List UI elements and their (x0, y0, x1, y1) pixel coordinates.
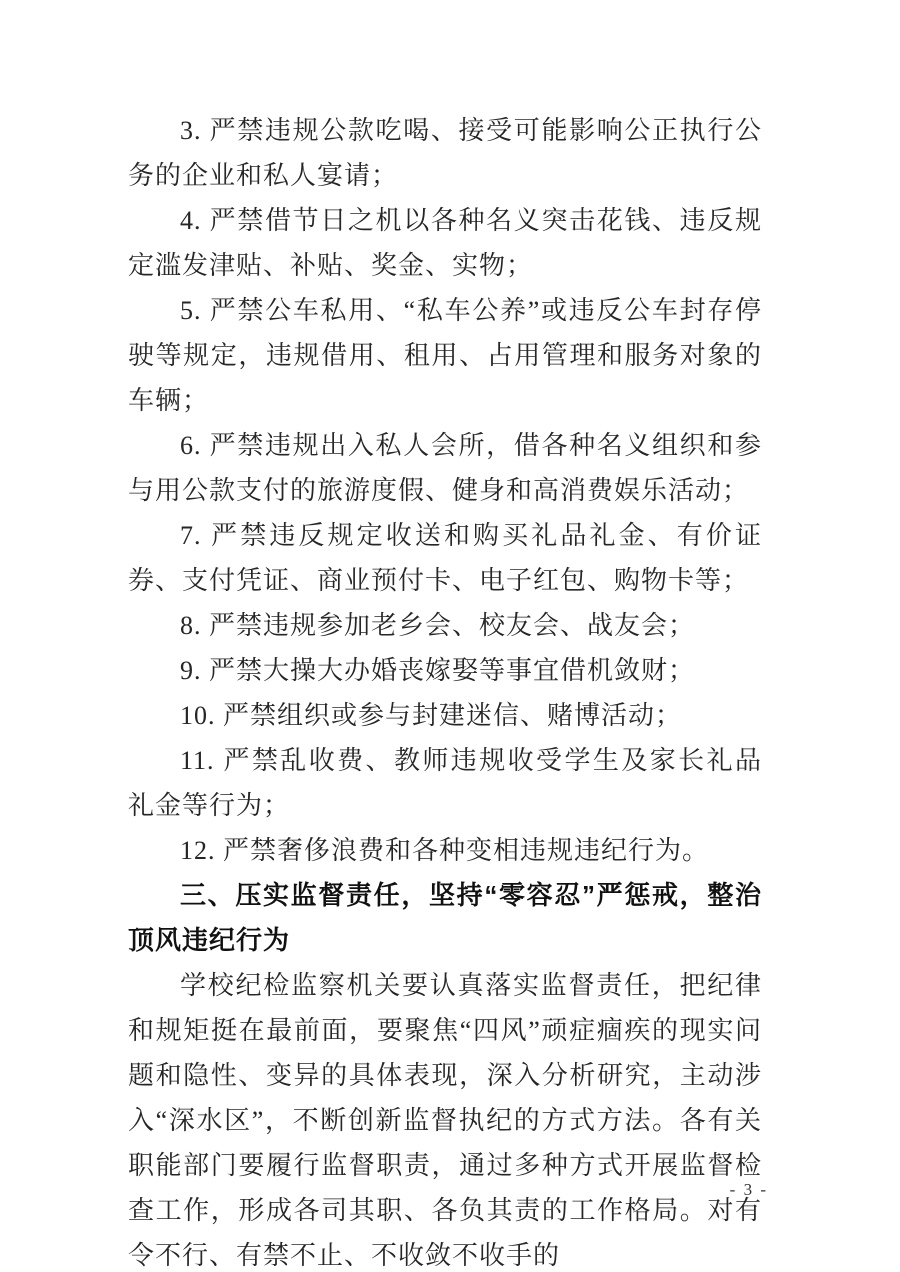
list-item-5: 5. 严禁公车私用、“私车公养”或违反公车封存停驶等规定，违规借用、租用、占用管… (128, 288, 762, 423)
list-item-4: 4. 严禁借节日之机以各种名义突击花钱、违反规定滥发津贴、补贴、奖金、实物； (128, 198, 762, 288)
list-item-8: 8. 严禁违规参加老乡会、校友会、战友会； (128, 603, 762, 648)
document-content: 3. 严禁违规公款吃喝、接受可能影响公正执行公务的企业和私人宴请； 4. 严禁借… (128, 108, 762, 1272)
list-item-9: 9. 严禁大操大办婚丧嫁娶等事宜借机敛财； (128, 648, 762, 693)
list-item-11: 11. 严禁乱收费、教师违规收受学生及家长礼品礼金等行为； (128, 738, 762, 828)
list-item-7: 7. 严禁违反规定收送和购买礼品礼金、有价证券、支付凭证、商业预付卡、电子红包、… (128, 513, 762, 603)
body-paragraph: 学校纪检监察机关要认真落实监督责任，把纪律和规矩挺在最前面，要聚焦“四风”顽症痼… (128, 963, 762, 1272)
document-page: 3. 严禁违规公款吃喝、接受可能影响公正执行公务的企业和私人宴请； 4. 严禁借… (0, 0, 900, 1272)
list-item-6: 6. 严禁违规出入私人会所，借各种名义组织和参与用公款支付的旅游度假、健身和高消… (128, 423, 762, 513)
list-item-10: 10. 严禁组织或参与封建迷信、赌博活动； (128, 693, 762, 738)
page-number: - 3 - (730, 1180, 768, 1200)
section-heading: 三、压实监督责任，坚持“零容忍”严惩戒，整治顶风违纪行为 (128, 873, 762, 963)
list-item-12: 12. 严禁奢侈浪费和各种变相违规违纪行为。 (128, 828, 762, 873)
list-item-3: 3. 严禁违规公款吃喝、接受可能影响公正执行公务的企业和私人宴请； (128, 108, 762, 198)
